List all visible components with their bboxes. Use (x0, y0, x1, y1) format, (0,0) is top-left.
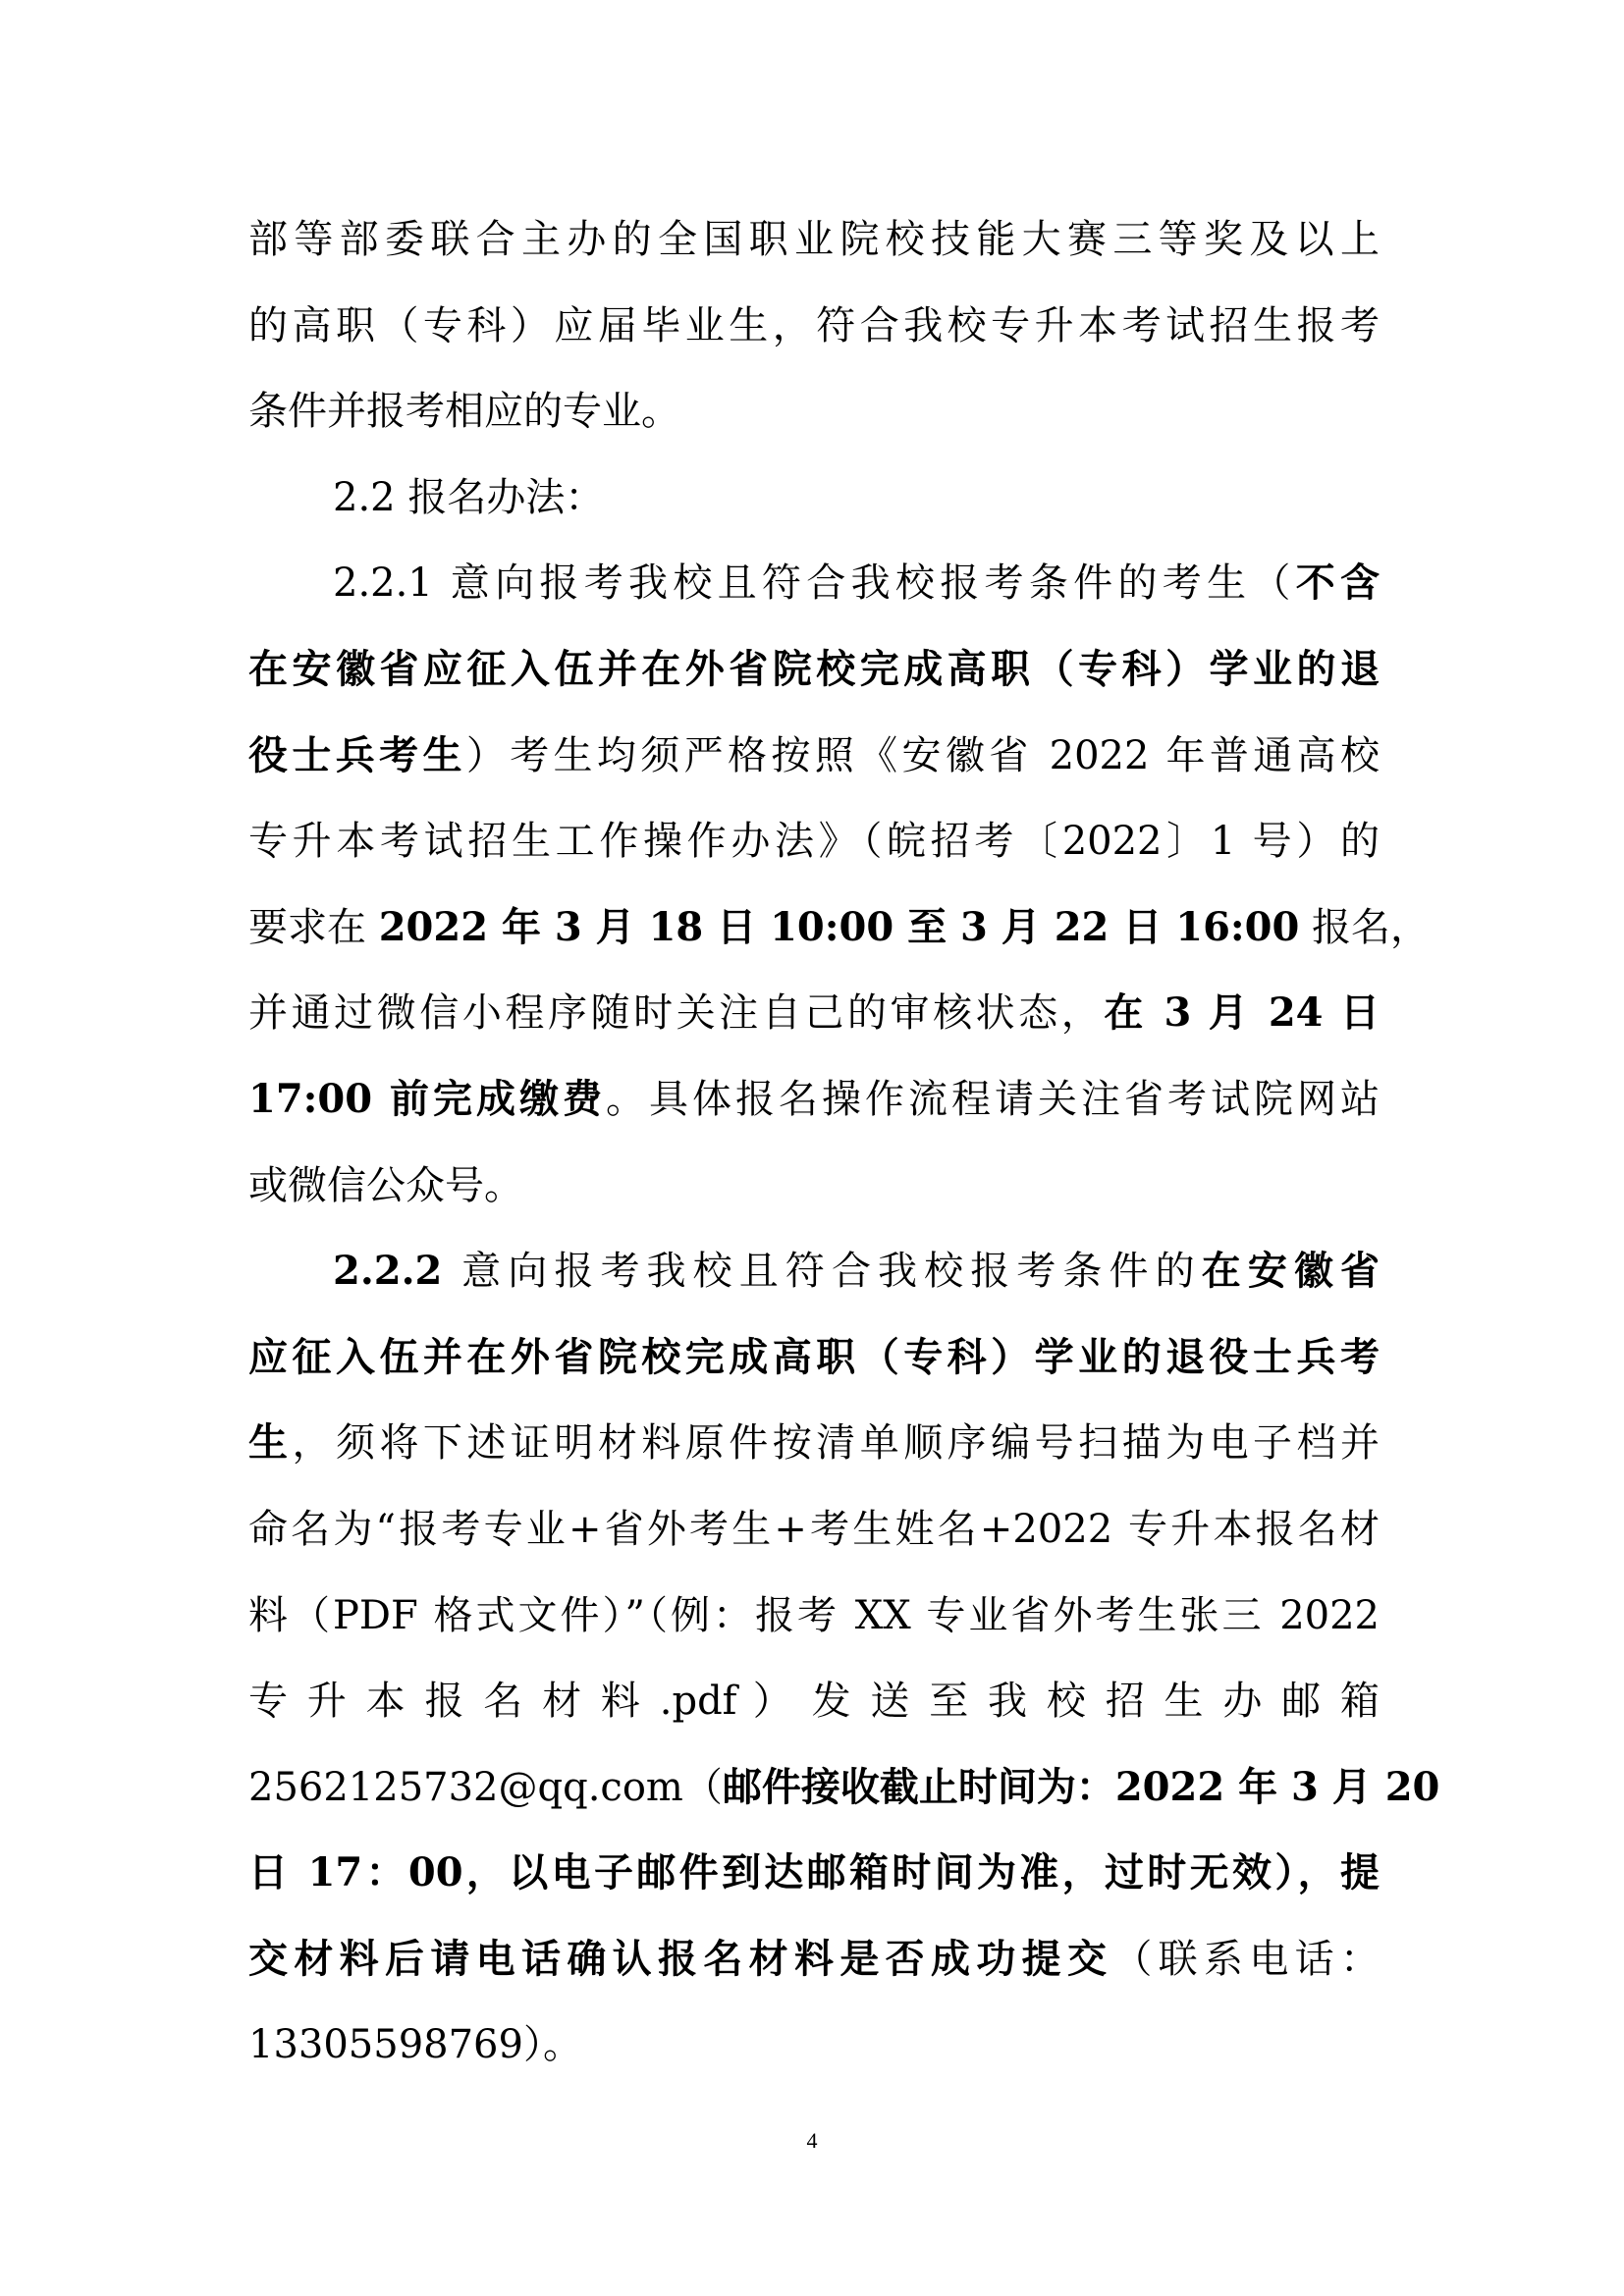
text-line: 应征入伍并在外省院校完成高职（专科）学业的退役士兵考 (248, 1326, 1380, 1413)
text-line: 日 17：00，以电子邮件到达邮箱时间为准，过时无效），提 (248, 1842, 1380, 1928)
text-run: （联系电话： (1112, 1937, 1380, 1982)
text-run: 报名， (1299, 905, 1430, 950)
text-run: 的高职（专科）应届毕业生，符合我校专升本考试招生报考 (248, 303, 1380, 348)
contact-phone: 13305598769）。 (248, 2022, 582, 2067)
registration-period: 2022 年 3 月 18 日 10:00 至 3 月 22 日 16:00 (379, 904, 1300, 950)
text-run: 要求在 (248, 905, 379, 950)
bold-text-run: 交材料后请电话确认报名材料是否成功提交 (248, 1936, 1112, 1982)
document-page: 部等部委联合主办的全国职业院校技能大赛三等奖及以上 的高职（专科）应届毕业生，符… (0, 0, 1624, 2296)
section-number: 2.2.2 (333, 1248, 442, 1294)
admissions-email: 2562125732@qq.com（ (248, 1765, 723, 1810)
text-line: 2.2.1 意向报考我校且符合我校报考条件的考生（不含 (248, 552, 1380, 638)
text-line: 交材料后请电话确认报名材料是否成功提交（联系电话： (248, 1928, 1380, 2014)
text-line: 的高职（专科）应届毕业生，符合我校专升本考试招生报考 (248, 294, 1380, 381)
text-line: 专 升 本 报 名 材 料 .pdf ） 发 送 至 我 校 招 生 办 邮 箱 (248, 1670, 1380, 1756)
text-run: 料（PDF 格式文件）”（例：报考 XX 专业省外考生张三 2022 (248, 1593, 1380, 1638)
text-run: 并通过微信小程序随时关注自己的审核状态， (248, 990, 1104, 1036)
text-run: ，须将下述证明材料原件按清单顺序编号扫描为电子档并 (292, 1420, 1380, 1466)
text-line: 生，须将下述证明材料原件按清单顺序编号扫描为电子档并 (248, 1412, 1380, 1498)
page-number: 4 (0, 2128, 1624, 2154)
text-run: 专 升 本 报 名 材 料 .pdf ） 发 送 至 我 校 招 生 办 邮 箱 (248, 1679, 1380, 1724)
text-line: 部等部委联合主办的全国职业院校技能大赛三等奖及以上 (248, 208, 1380, 294)
text-line: 料（PDF 格式文件）”（例：报考 XX 专业省外考生张三 2022 (248, 1584, 1380, 1671)
text-line: 17:00 前完成缴费。具体报名操作流程请关注省考试院网站 (248, 1068, 1380, 1154)
bold-text-run: 生 (248, 1419, 292, 1466)
paragraph-2-2-1: 2.2.1 意向报考我校且符合我校报考条件的考生（不含 在安徽省应征入伍并在外省… (248, 552, 1380, 1240)
text-run: ）考生均须严格按照《安徽省 2022 年普通高校 (466, 733, 1380, 778)
bold-text-run: 在安徽省应征入伍并在外省院校完成高职（专科）学业的退 (248, 646, 1380, 692)
email-deadline: 日 17：00，以电子邮件到达邮箱时间为准，过时无效），提 (248, 1849, 1380, 1896)
text-run: 意向报考我校且符合我校报考条件的 (442, 1249, 1201, 1294)
text-line: 要求在 2022 年 3 月 18 日 10:00 至 3 月 22 日 16:… (248, 896, 1380, 983)
text-run: 命名为“报考专业+省外考生+考生姓名+2022 专升本报名材 (248, 1507, 1380, 1552)
text-line: 专升本考试招生工作操作办法》（皖招考〔2022〕1 号）的 (248, 810, 1380, 896)
text-line: 2.2 报名办法： (248, 466, 1380, 553)
paragraph-2-2-2: 2.2.2 意向报考我校且符合我校报考条件的在安徽省 应征入伍并在外省院校完成高… (248, 1240, 1380, 2100)
paragraph-continuation: 部等部委联合主办的全国职业院校技能大赛三等奖及以上 的高职（专科）应届毕业生，符… (248, 208, 1380, 466)
section-heading-text: 2.2 报名办法： (333, 475, 604, 520)
text-line: 条件并报考相应的专业。 (248, 380, 1380, 466)
text-line: 13305598769）。 (248, 2013, 1380, 2100)
bold-text-run: 役士兵考生 (248, 732, 466, 778)
body-text: 部等部委联合主办的全国职业院校技能大赛三等奖及以上 的高职（专科）应届毕业生，符… (248, 208, 1380, 2100)
text-run: 条件并报考相应的专业。 (248, 389, 680, 434)
text-run: 专升本考试招生工作操作办法》（皖招考〔2022〕1 号）的 (248, 819, 1380, 864)
text-line: 并通过微信小程序随时关注自己的审核状态，在 3 月 24 日 (248, 982, 1380, 1068)
bold-text-run: 不含 (1296, 560, 1380, 606)
bold-text-run: 应征入伍并在外省院校完成高职（专科）学业的退役士兵考 (248, 1334, 1380, 1380)
text-line: 2562125732@qq.com（邮件接收截止时间为：2022 年 3 月 2… (248, 1756, 1380, 1842)
text-run: 2.2.1 意向报考我校且符合我校报考条件的考生（ (333, 561, 1296, 606)
text-line: 命名为“报考专业+省外考生+考生姓名+2022 专升本报名材 (248, 1498, 1380, 1584)
payment-deadline: 在 3 月 24 日 (1104, 989, 1380, 1036)
text-run: 部等部委联合主办的全国职业院校技能大赛三等奖及以上 (248, 217, 1380, 262)
text-run: 。具体报名操作流程请关注省考试院网站 (606, 1077, 1380, 1122)
bold-text-run: 在安徽省 (1202, 1248, 1380, 1294)
payment-deadline: 17:00 前完成缴费 (248, 1076, 606, 1122)
text-line: 2.2.2 意向报考我校且符合我校报考条件的在安徽省 (248, 1240, 1380, 1326)
section-heading-2-2: 2.2 报名办法： (248, 466, 1380, 553)
text-line: 或微信公众号。 (248, 1154, 1380, 1241)
text-line: 役士兵考生）考生均须严格按照《安徽省 2022 年普通高校 (248, 724, 1380, 811)
text-line: 在安徽省应征入伍并在外省院校完成高职（专科）学业的退 (248, 638, 1380, 724)
text-run: 或微信公众号。 (248, 1163, 523, 1208)
email-deadline: 邮件接收截止时间为：2022 年 3 月 20 (723, 1764, 1440, 1810)
